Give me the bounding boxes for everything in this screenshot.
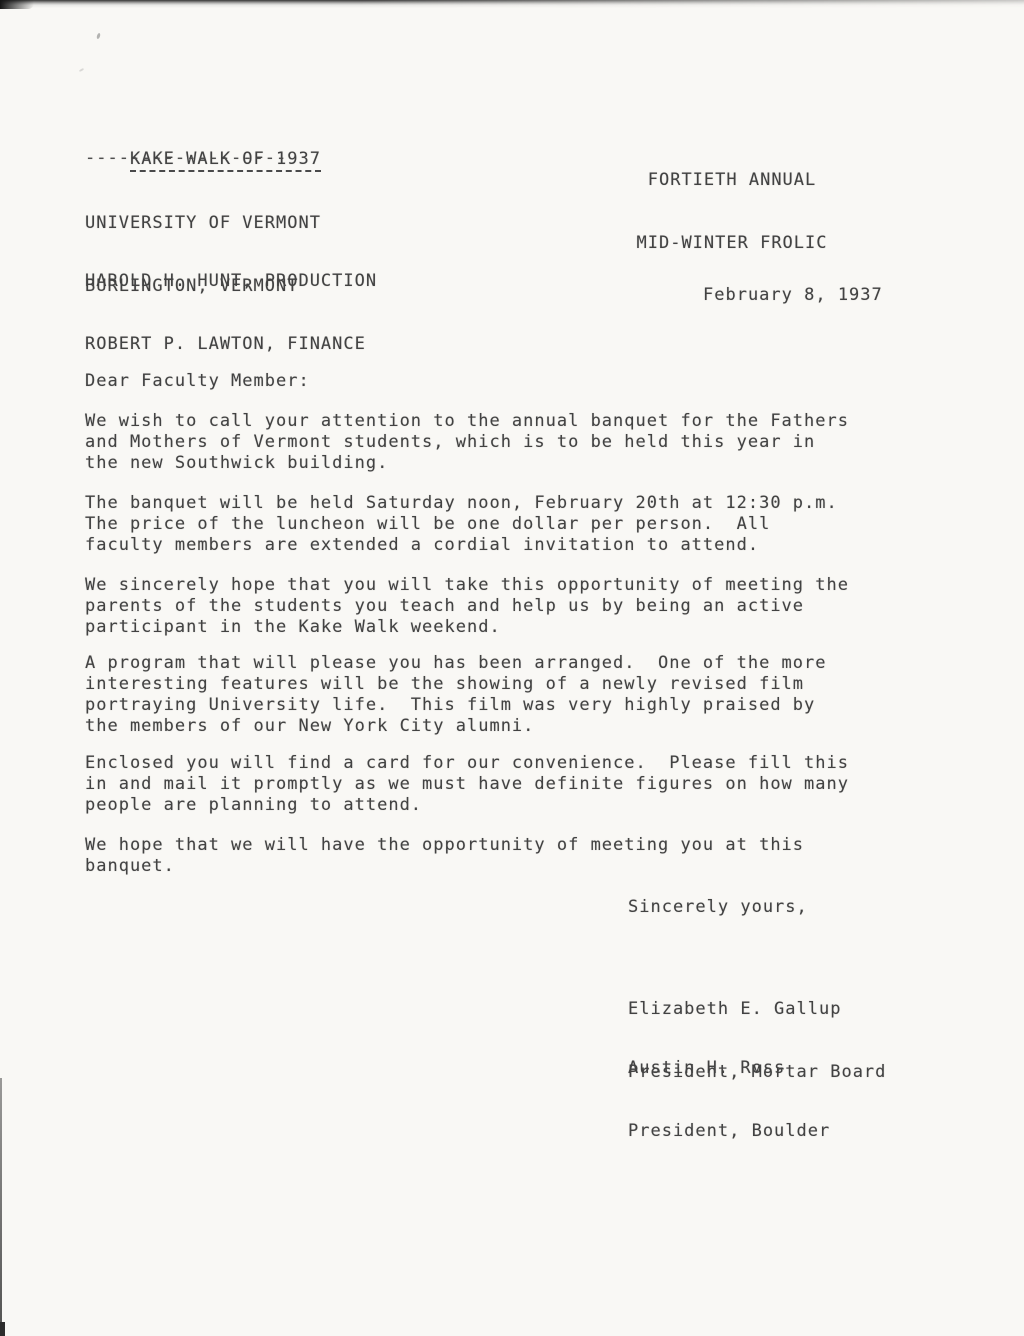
scan-speck	[79, 68, 84, 72]
scan-speck	[96, 33, 101, 40]
scan-edge-top	[0, 0, 1024, 10]
scan-edge-bottom-corner	[0, 1322, 5, 1336]
officer-production: HAROLD H. HUNT, PRODUCTION	[85, 271, 377, 292]
signer-2-title: President, Boulder	[628, 1121, 830, 1142]
paragraph-5: Enclosed you will find a card for our co…	[85, 753, 849, 816]
officer-finance: ROBERT P. LAWTON, FINANCE	[85, 334, 377, 355]
scan-edge-left	[0, 1078, 2, 1336]
paragraph-4: A program that will please you has been …	[85, 653, 827, 737]
scan-edge-top-corner	[0, 0, 34, 9]
letterhead-event: FORTIETH ANNUAL MID-WINTER FROLIC	[626, 128, 838, 296]
letterhead-title-underline: ------------------	[85, 148, 287, 169]
signer-2-name: Austin H. Ross	[628, 1058, 830, 1079]
paragraph-1: We wish to call your attention to the an…	[85, 411, 849, 474]
event-line-1: FORTIETH ANNUAL	[626, 170, 838, 191]
paragraph-6: We hope that we will have the opportunit…	[85, 835, 804, 877]
paragraph-3: We sincerely hope that you will take thi…	[85, 575, 849, 638]
signature-block-2: Austin H. Ross President, Boulder	[628, 1016, 830, 1184]
salutation: Dear Faculty Member:	[85, 371, 310, 392]
letter-date: February 8, 1937	[703, 285, 883, 306]
valediction: Sincerely yours,	[628, 897, 808, 918]
event-line-2: MID-WINTER FROLIC	[626, 233, 838, 254]
paragraph-2: The banquet will be held Saturday noon, …	[85, 493, 838, 556]
letter-page: KAKE WALK OF 1937 ------------------ UNI…	[0, 0, 1024, 1336]
